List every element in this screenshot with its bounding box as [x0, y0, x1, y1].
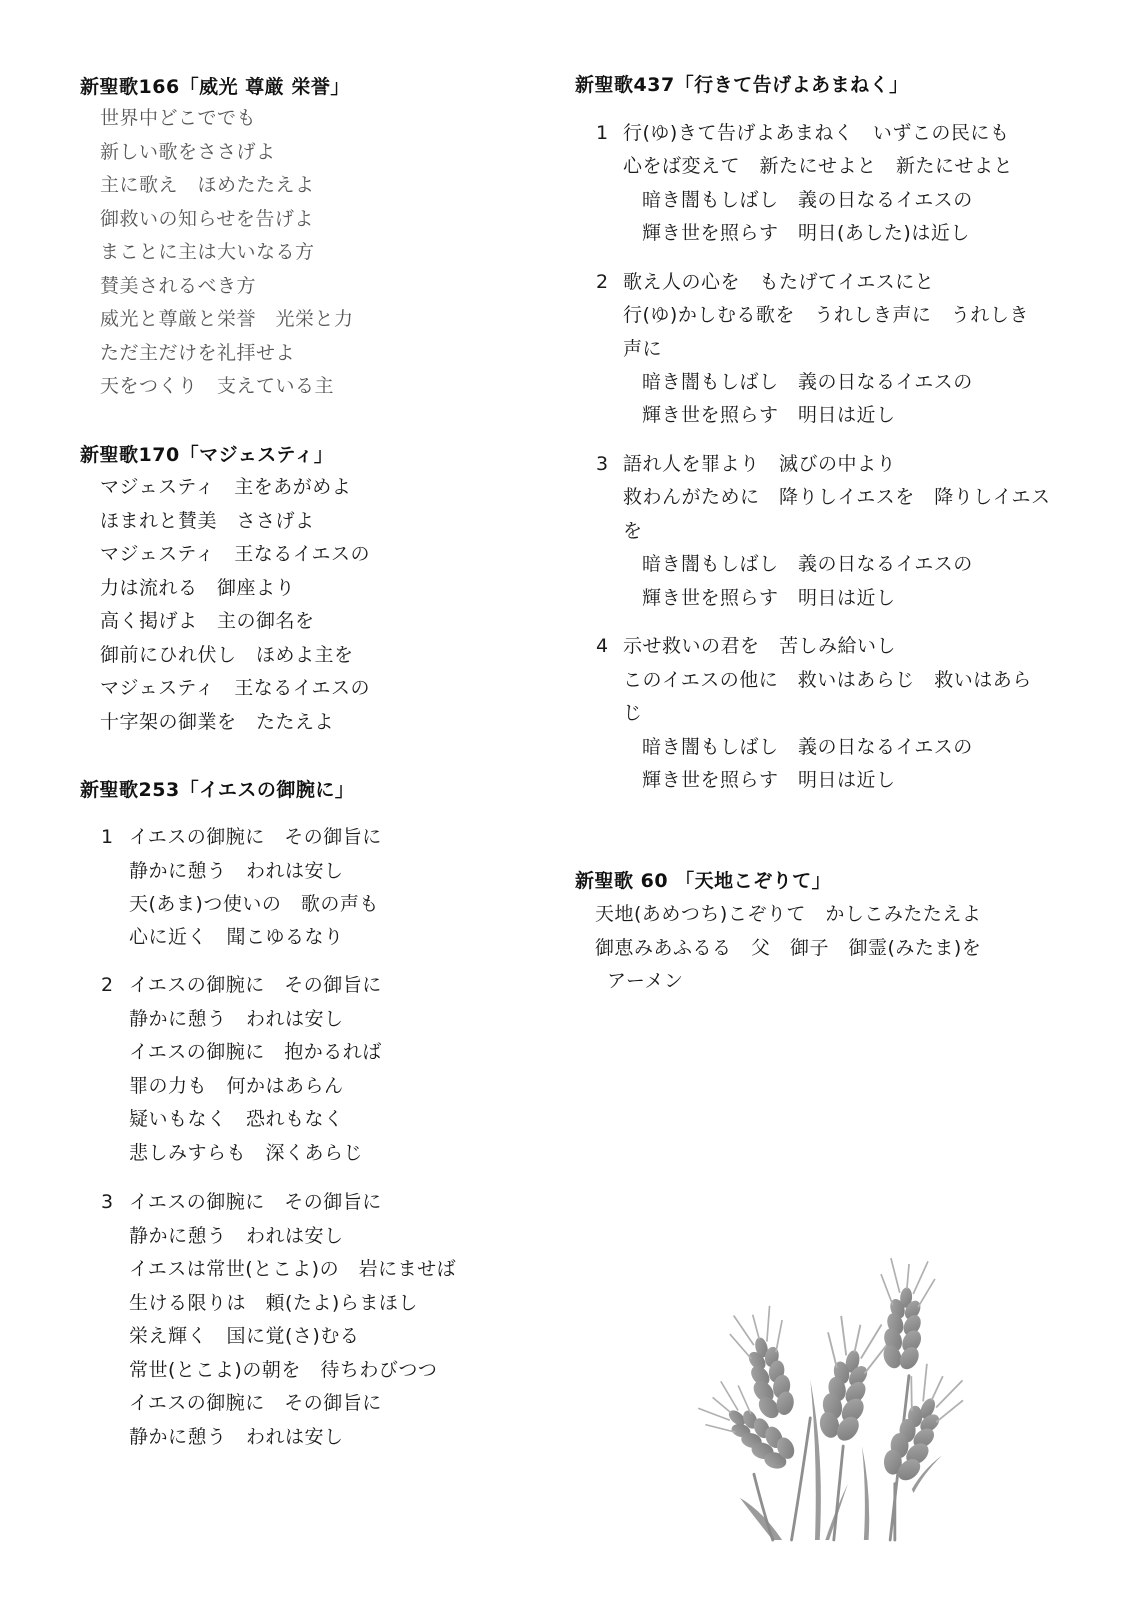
lyric-line: 力は流れる 御座より — [100, 576, 295, 600]
lyric-line: 悲しみすらも 深くあらじ — [129, 1141, 363, 1165]
wheat-illustration — [660, 1220, 970, 1550]
lyric-line: イエスの御腕に その御旨に — [129, 973, 382, 997]
lyric-line: 栄え輝く 国に覚(さ)むる — [129, 1324, 359, 1348]
lyric-line: 静かに憩う われは安し — [129, 1425, 344, 1449]
lyric-line: 救わんがために 降りしイエスを 降りしイエス — [623, 485, 1050, 509]
lyric-line: を — [623, 519, 643, 543]
lyric-line: 生ける限りは 頼(たよ)らまほし — [129, 1291, 418, 1315]
lyric-line: 高く掲げよ 主の御名を — [100, 609, 315, 633]
refrain-line: 暗き闇もしばし 義の日なるイエスの — [642, 370, 973, 394]
lyric-line: このイエスの他に 救いはあらじ 救いはあら — [623, 668, 1032, 692]
lyric-line: 賛美されるべき方 — [100, 274, 256, 298]
hymn-title: 新聖歌437「行きて告げよあまねく」 — [575, 73, 909, 97]
lyric-line: 御恵みあふるる 父 御子 御霊(みたま)を — [595, 936, 981, 960]
refrain-line: 輝き世を照らす 明日は近し — [642, 586, 896, 610]
lyric-line: 示せ救いの君を 苦しみ給いし — [623, 634, 896, 658]
lyric-line: 行(ゆ)かしむる歌を うれしき声に うれしき — [623, 303, 1029, 327]
lyric-line: イエスの御腕に 抱かるれば — [129, 1040, 382, 1064]
lyric-line: 威光と尊厳と栄誉 光栄と力 — [100, 307, 354, 331]
refrain-line: 暗き闇もしばし 義の日なるイエスの — [642, 552, 973, 576]
lyric-line: 静かに憩う われは安し — [129, 1007, 344, 1031]
lyric-line: 天地(あめつち)こぞりて かしこみたたえよ — [595, 902, 981, 926]
lyric-line: イエスの御腕に その御旨に — [129, 825, 382, 849]
lyric-line: 疑いもなく 恐れもなく — [129, 1107, 344, 1131]
lyric-line: まことに主は大いなる方 — [100, 240, 315, 264]
verse-number: 2 — [596, 270, 608, 294]
lyric-line: ほまれと賛美 ささげよ — [100, 509, 315, 533]
lyric-line: 十字架の御業を たたえよ — [100, 710, 334, 734]
amen-line: アーメン — [607, 969, 683, 993]
lyric-line: 行(ゆ)きて告げよあまねく いずこの民にも — [623, 121, 1009, 145]
lyric-line: マジェスティ 王なるイエスの — [100, 542, 370, 566]
lyric-line: 静かに憩う われは安し — [129, 859, 344, 883]
verse-number: 3 — [101, 1190, 113, 1214]
refrain-line: 輝き世を照らす 明日は近し — [642, 403, 896, 427]
lyric-line: 罪の力も 何かはあらん — [129, 1074, 344, 1098]
lyric-line: 声に — [623, 337, 662, 361]
lyric-line: 主に歌え ほめたたえよ — [100, 173, 315, 197]
refrain-line: 暗き闇もしばし 義の日なるイエスの — [642, 188, 973, 212]
lyric-line: 新しい歌をささげよ — [100, 140, 276, 164]
hymn-title: 新聖歌166「威光 尊厳 栄誉」 — [80, 75, 350, 99]
lyric-line: マジェスティ 主をあがめよ — [100, 475, 351, 499]
lyric-line: 語れ人を罪より 滅びの中より — [623, 452, 896, 476]
verse-number: 3 — [596, 452, 608, 476]
verse-number: 1 — [101, 825, 113, 849]
refrain-line: 輝き世を照らす 明日(あした)は近し — [642, 221, 970, 245]
verse-number: 2 — [101, 973, 113, 997]
lyric-line: 心をば変えて 新たにせよと 新たにせよと — [623, 154, 1013, 178]
lyric-line: 歌え人の心を もたげてイエスにと — [623, 270, 934, 294]
lyric-line: イエスは常世(とこよ)の 岩にませば — [129, 1257, 456, 1281]
lyric-line: 御前にひれ伏し ほめよ主を — [100, 643, 354, 667]
lyric-line: 天をつくり 支えている主 — [100, 374, 334, 398]
lyric-line: 世界中どこででも — [100, 106, 256, 130]
lyric-line: 天(あま)つ使いの 歌の声も — [129, 892, 379, 916]
lyric-line: イエスの御腕に その御旨に — [129, 1391, 382, 1415]
lyric-line: 御救いの知らせを告げよ — [100, 207, 314, 231]
hymn-title: 新聖歌 60 「天地こぞりて」 — [575, 869, 831, 893]
lyric-line: イエスの御腕に その御旨に — [129, 1190, 382, 1214]
lyric-line: ただ主だけを礼拝せよ — [100, 341, 295, 365]
hymn-title: 新聖歌253「イエスの御腕に」 — [80, 778, 354, 802]
lyric-line: じ — [623, 701, 643, 725]
hymn-title: 新聖歌170「マジェスティ」 — [80, 443, 333, 467]
refrain-line: 暗き闇もしばし 義の日なるイエスの — [642, 735, 973, 759]
refrain-line: 輝き世を照らす 明日は近し — [642, 768, 896, 792]
lyric-line: 心に近く 聞こゆるなり — [129, 925, 344, 949]
lyric-line: マジェスティ 王なるイエスの — [100, 676, 370, 700]
lyric-line: 静かに憩う われは安し — [129, 1224, 344, 1248]
verse-number: 4 — [596, 634, 608, 658]
verse-number: 1 — [596, 121, 608, 145]
lyric-line: 常世(とこよ)の朝を 待ちわびつつ — [129, 1358, 437, 1382]
